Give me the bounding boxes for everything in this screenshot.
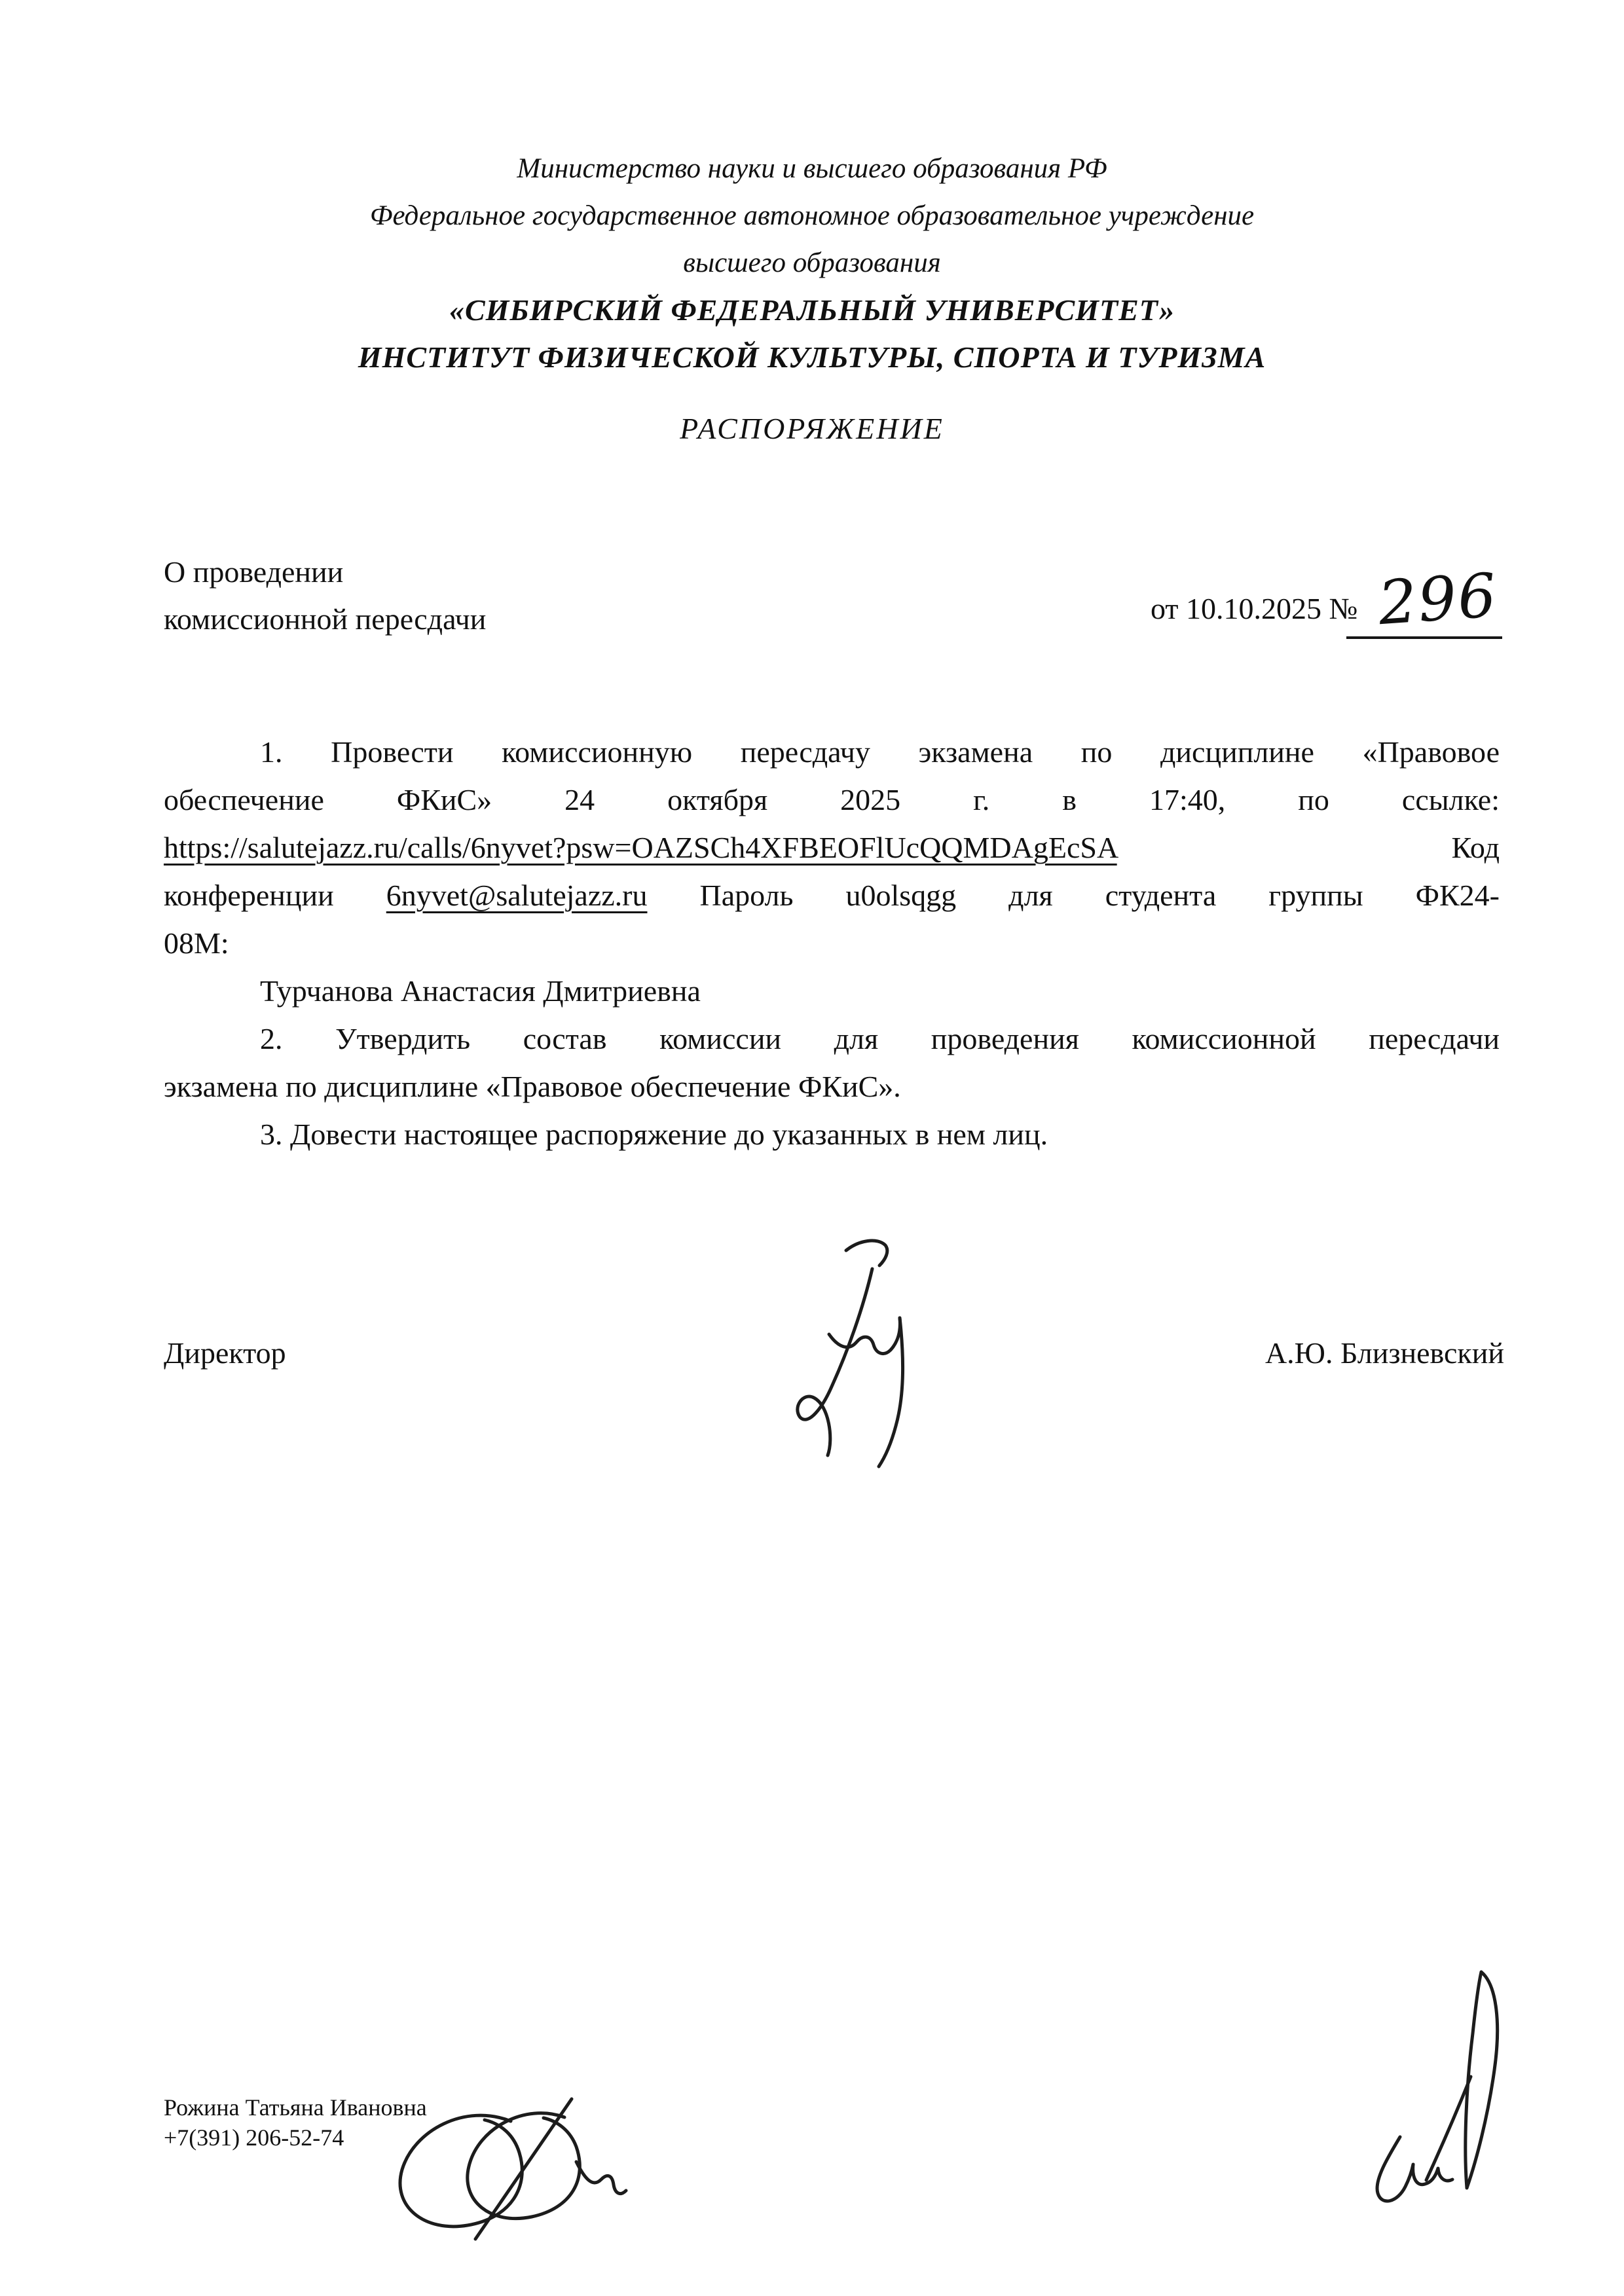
- executor-signature: [386, 2090, 629, 2247]
- document-page: Министерство науки и высшего образования…: [0, 0, 1624, 2296]
- item1-link-line: https://salutejazz.ru/calls/6nyvet?psw=O…: [164, 824, 1500, 871]
- student-name: Турчанова Анастасия Дмитриевна: [164, 967, 1500, 1015]
- document-body: 1. Провести комиссионную пересдачу экзам…: [164, 728, 1500, 1158]
- item1-email-line: конференции 6nyvet@salutejazz.ru Пароль …: [164, 871, 1500, 919]
- item2-line2: экзамена по дисциплине «Правовое обеспеч…: [164, 1063, 1500, 1110]
- institution-line: Федеральное государственное автономное о…: [0, 192, 1624, 240]
- item1-line3-tail: Код: [1452, 831, 1500, 864]
- item1-line5: 08М:: [164, 919, 1500, 967]
- signer-name: А.Ю. Близневский: [1048, 1336, 1504, 1370]
- number-underline: [1346, 636, 1502, 639]
- ministry-line: Министерство науки и высшего образования…: [0, 145, 1624, 192]
- item1-line2: обеспечение ФКиС» 24 октября 2025 г. в 1…: [164, 776, 1500, 824]
- document-subject: О проведении комиссионной пересдачи: [164, 549, 486, 643]
- subject-line-2: комиссионной пересдачи: [164, 596, 486, 643]
- conference-email: 6nyvet@salutejazz.ru: [386, 879, 648, 912]
- item1-line4-lead: конференции: [164, 879, 334, 912]
- conference-link: https://salutejazz.ru/calls/6nyvet?psw=O…: [164, 831, 1117, 864]
- item1-line4-tail: Пароль u0olsqgg для студента группы ФК24…: [700, 879, 1500, 912]
- signer-position: Директор: [164, 1336, 286, 1370]
- university-name: «СИБИРСКИЙ ФЕДЕРАЛЬНЫЙ УНИВЕРСИТЕТ»: [0, 287, 1624, 334]
- subject-line-1: О проведении: [164, 549, 486, 596]
- education-level-line: высшего образования: [0, 240, 1624, 287]
- document-header: Министерство науки и высшего образования…: [0, 145, 1624, 381]
- item2-line1: 2. Утвердить состав комиссии для проведе…: [164, 1015, 1500, 1063]
- approval-signature: [1336, 1952, 1545, 2227]
- item1-line1: 1. Провести комиссионную пересдачу экзам…: [164, 728, 1500, 776]
- date-and-number-prefix: от 10.10.2025 №: [1151, 591, 1357, 626]
- handwritten-number: 296: [1376, 560, 1500, 638]
- item3-line: 3. Довести настоящее распоряжение до ука…: [164, 1110, 1500, 1158]
- document-type-title: РАСПОРЯЖЕНИЕ: [0, 411, 1624, 446]
- director-signature: [707, 1230, 943, 1472]
- institute-name: ИНСТИТУТ ФИЗИЧЕСКОЙ КУЛЬТУРЫ, СПОРТА И Т…: [0, 334, 1624, 381]
